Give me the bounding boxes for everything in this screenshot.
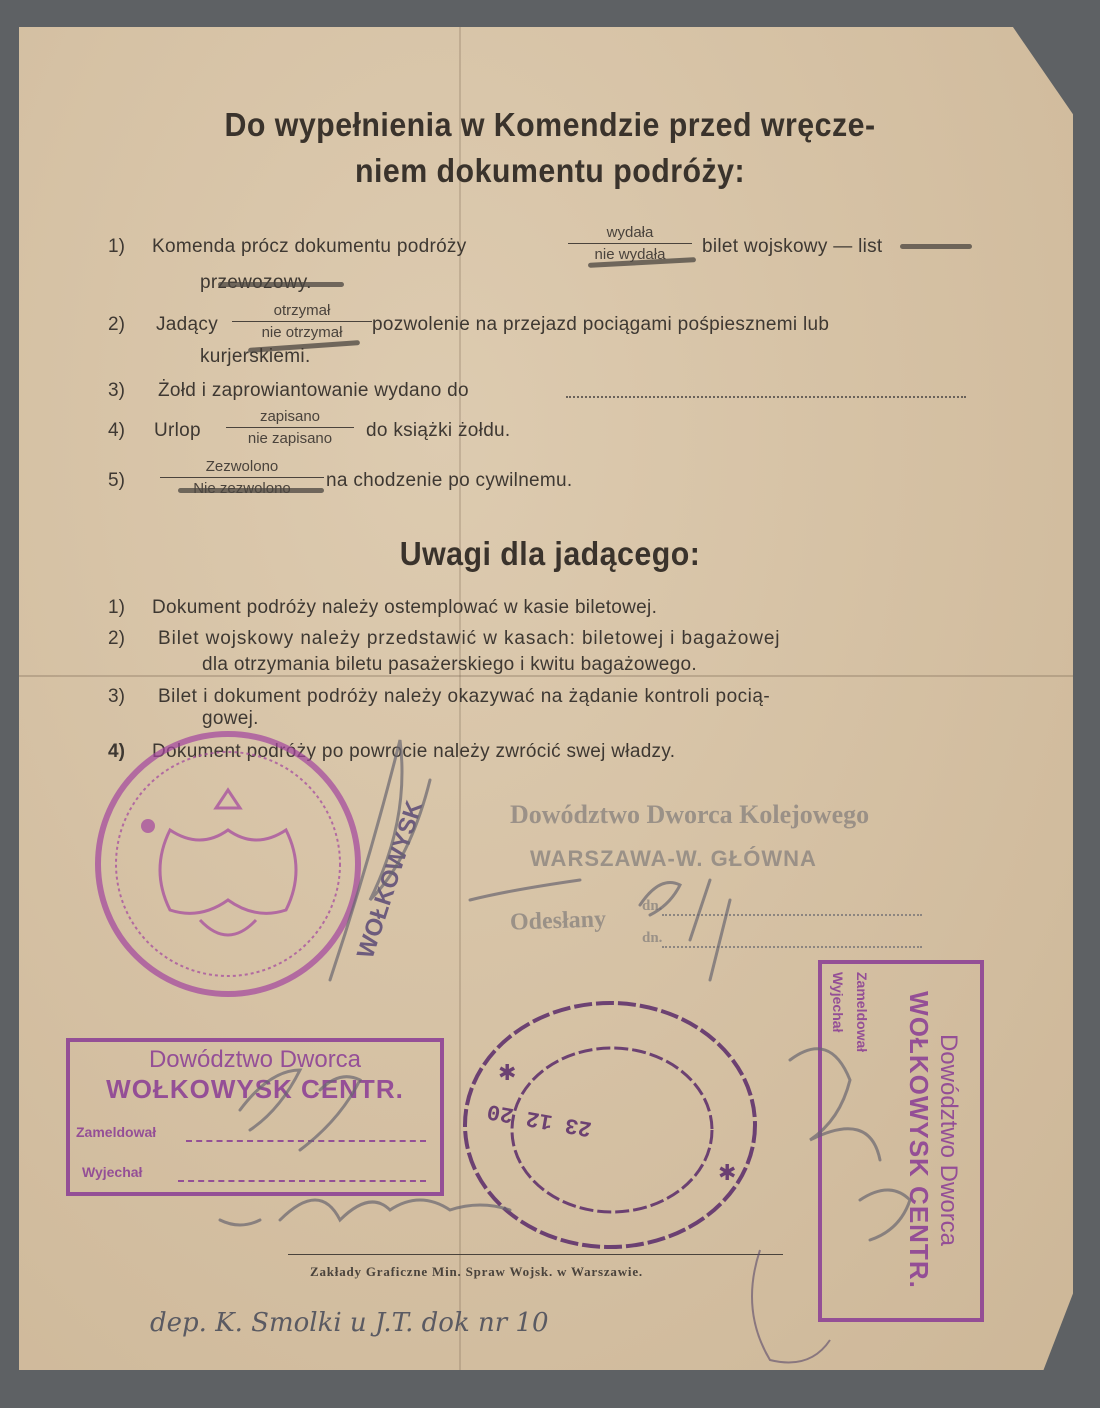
star-icon: ✱ — [718, 1160, 736, 1185]
circled-mark — [752, 1250, 830, 1363]
pencil-signatures — [220, 740, 910, 1240]
date-stamp-date: 23 12 20 — [485, 1098, 593, 1141]
eagle-emblem-icon — [160, 790, 296, 935]
star-icon: ✱ — [498, 1060, 516, 1085]
round-eagle-stamp — [98, 734, 358, 994]
stamps-overlay: WOŁKOWYSK ✱ ✱ 23 12 20 — [0, 0, 1100, 1408]
